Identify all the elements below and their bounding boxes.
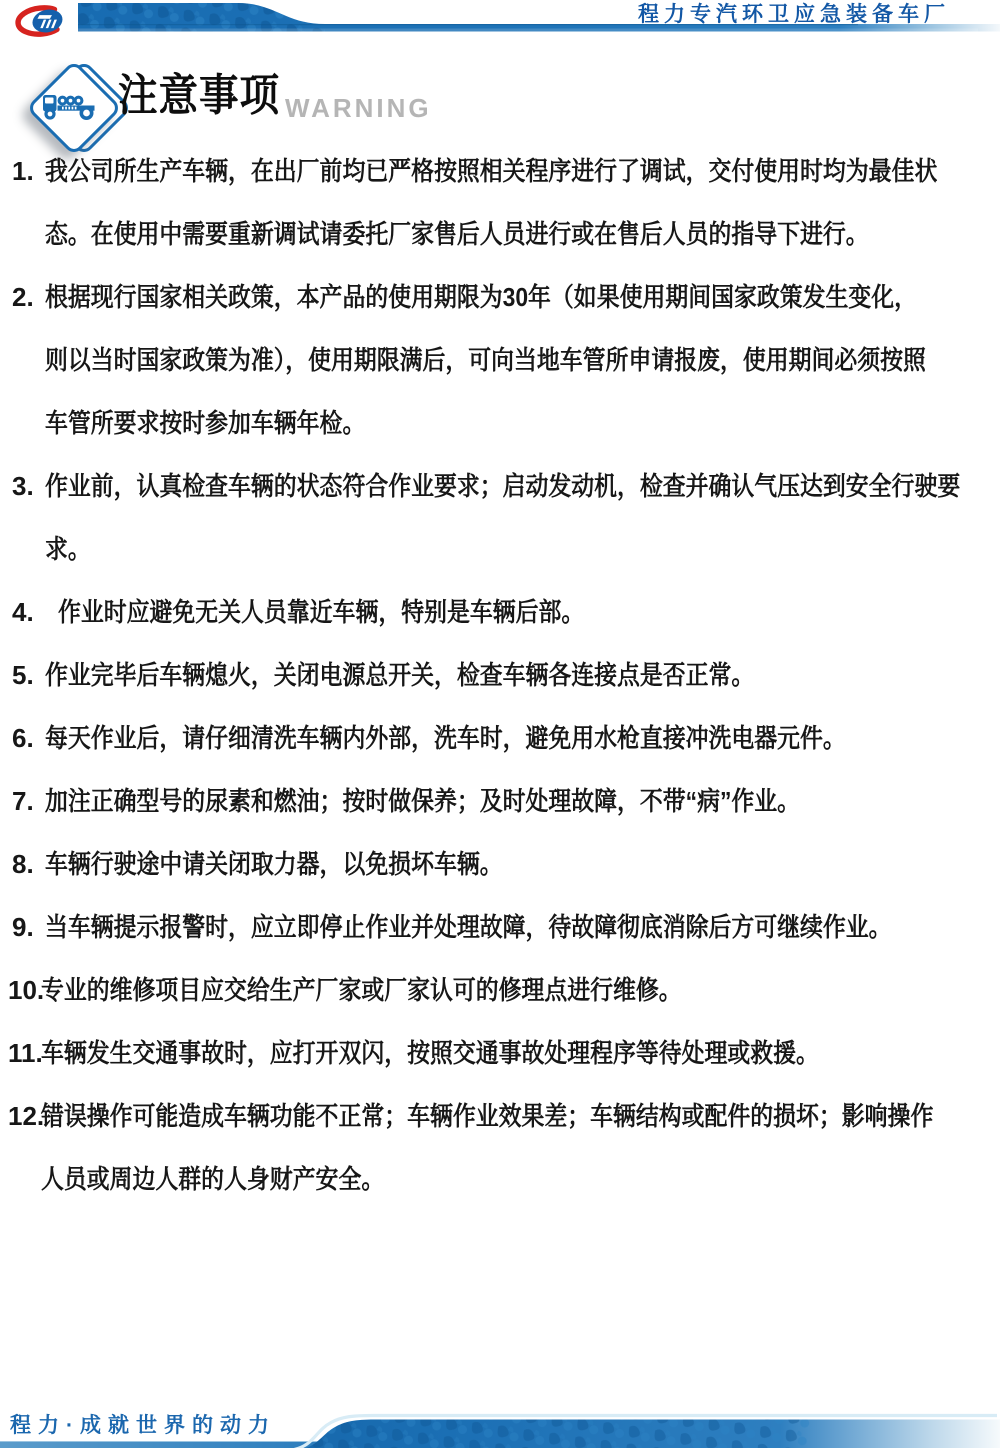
notice-item: 2.根据现行国家相关政策，本产品的使用期限为30年（如果使用期间国家政策发生变化… <box>0 266 1000 455</box>
section-subtitle: WARNING <box>285 94 432 122</box>
notice-text: 作业前，认真检查车辆的状态符合作业要求；启动发动机，检查并确认气压达到安全行驶要… <box>45 455 1000 581</box>
notice-item: 7.加注正确型号的尿素和燃油；按时做保养；及时处理故障，不带“病”作业。 <box>0 770 1000 833</box>
notice-number: 2. <box>12 266 34 329</box>
notice-text: 加注正确型号的尿素和燃油；按时做保养；及时处理故障，不带“病”作业。 <box>45 770 1000 833</box>
notice-number: 12. <box>8 1085 44 1148</box>
notice-text: 作业时应避免无关人员靠近车辆，特别是车辆后部。 <box>58 581 1000 644</box>
notice-item: 12.错误操作可能造成车辆功能不正常；车辆作业效果差；车辆结构或配件的损坏；影响… <box>0 1085 1000 1211</box>
footer-slogan: 程力·成就世界的动力 <box>10 1412 276 1440</box>
notice-item: 9.当车辆提示报警时，应立即停止作业并处理故障，待故障彻底消除后方可继续作业。 <box>0 896 1000 959</box>
notice-number: 5. <box>12 644 34 707</box>
notice-number: 11. <box>8 1022 43 1085</box>
notice-number: 4. <box>12 581 34 644</box>
notice-text: 我公司所生产车辆，在出厂前均已严格按照相关程序进行了调试，交付使用时均为最佳状态… <box>45 140 1000 266</box>
notice-item: 3.作业前，认真检查车辆的状态符合作业要求；启动发动机，检查并确认气压达到安全行… <box>0 455 1000 581</box>
notice-text: 车辆行驶途中请关闭取力器，以免损坏车辆。 <box>45 833 1000 896</box>
notice-text: 作业完毕后车辆熄火，关闭电源总开关，检查车辆各连接点是否正常。 <box>45 644 1000 707</box>
notice-number: 3. <box>12 455 34 518</box>
notice-text: 专业的维修项目应交给生产厂家或厂家认可的修理点进行维修。 <box>41 959 1000 1022</box>
notice-text: 当车辆提示报警时，应立即停止作业并处理故障，待故障彻底消除后方可继续作业。 <box>45 896 1000 959</box>
notice-item: 8.车辆行驶途中请关闭取力器，以免损坏车辆。 <box>0 833 1000 896</box>
notice-text: 错误操作可能造成车辆功能不正常；车辆作业效果差；车辆结构或配件的损坏；影响操作人… <box>41 1085 1000 1211</box>
notice-number: 9. <box>12 896 34 959</box>
section-title: 注意事项 <box>118 72 280 120</box>
notice-text: 车辆发生交通事故时，应打开双闪，按照交通事故处理程序等待处理或救援。 <box>41 1022 1000 1085</box>
section-icon-diamond <box>26 60 118 152</box>
notice-item: 1.我公司所生产车辆，在出厂前均已严格按照相关程序进行了调试，交付使用时均为最佳… <box>0 140 1000 266</box>
notice-number: 6. <box>12 707 34 770</box>
notice-item: 11.车辆发生交通事故时，应打开双闪，按照交通事故处理程序等待处理或救援。 <box>0 1022 1000 1085</box>
notice-item: 10.专业的维修项目应交给生产厂家或厂家认可的修理点进行维修。 <box>0 959 1000 1022</box>
notice-number: 10. <box>8 959 44 1022</box>
notice-text: 根据现行国家相关政策，本产品的使用期限为30年（如果使用期间国家政策发生变化，则… <box>45 266 1000 455</box>
manual-page: 程力专汽环卫应急装备车厂 注意事项 WARNING <box>0 0 1000 1448</box>
truck-icon <box>41 86 99 122</box>
notice-number: 1. <box>12 140 34 203</box>
section-header: 注意事项 WARNING <box>0 0 1000 160</box>
notice-item: 4.作业时应避免无关人员靠近车辆，特别是车辆后部。 <box>0 581 1000 644</box>
notice-number: 8. <box>12 833 34 896</box>
notice-text: 每天作业后，请仔细清洗车辆内外部，洗车时，避免用水枪直接冲洗电器元件。 <box>45 707 1000 770</box>
notice-list: 1.我公司所生产车辆，在出厂前均已严格按照相关程序进行了调试，交付使用时均为最佳… <box>0 140 1000 1211</box>
notice-number: 7. <box>12 770 34 833</box>
notice-item: 6.每天作业后，请仔细清洗车辆内外部，洗车时，避免用水枪直接冲洗电器元件。 <box>0 707 1000 770</box>
notice-item: 5.作业完毕后车辆熄火，关闭电源总开关，检查车辆各连接点是否正常。 <box>0 644 1000 707</box>
